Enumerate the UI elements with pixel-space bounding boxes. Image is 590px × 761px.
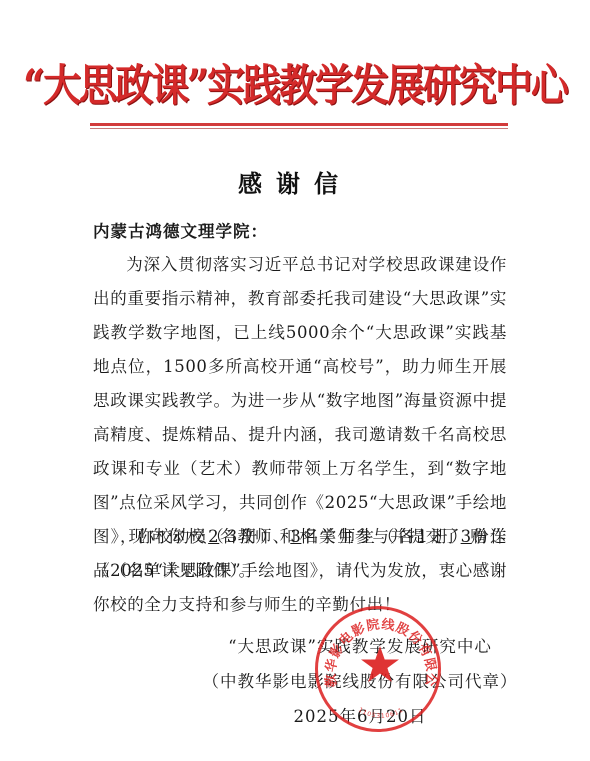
header-rule-thick <box>90 123 508 126</box>
star-icon <box>360 645 400 685</box>
paragraph-2-text: 现向你校（3册）和相关师生（各1册）赠送《2025“大思政课”手绘地图》，请代为… <box>93 527 507 614</box>
paragraph-1-text-a: 为深入贯彻落实习近平总书记对学校思政课建设作出的重要指示精神，教育部委托我司建设… <box>93 255 507 546</box>
letter-title: 感谢信 <box>0 164 590 199</box>
salutation: 内蒙古鸿德文理学院： <box>93 218 268 242</box>
svg-text:1105310611: 1105310611 <box>357 706 405 719</box>
official-seal: 中教华影电影院线股份有限公司 1105310611 <box>315 606 441 732</box>
header-rule-thin <box>90 128 508 129</box>
paragraph-2: 现向你校（3册）和相关师生（各1册）赠送《2025“大思政课”手绘地图》，请代为… <box>93 520 507 622</box>
seal-number: 1105310611 <box>357 706 405 719</box>
org-title: “大思政课”实践教学发展研究中心 <box>0 50 590 113</box>
